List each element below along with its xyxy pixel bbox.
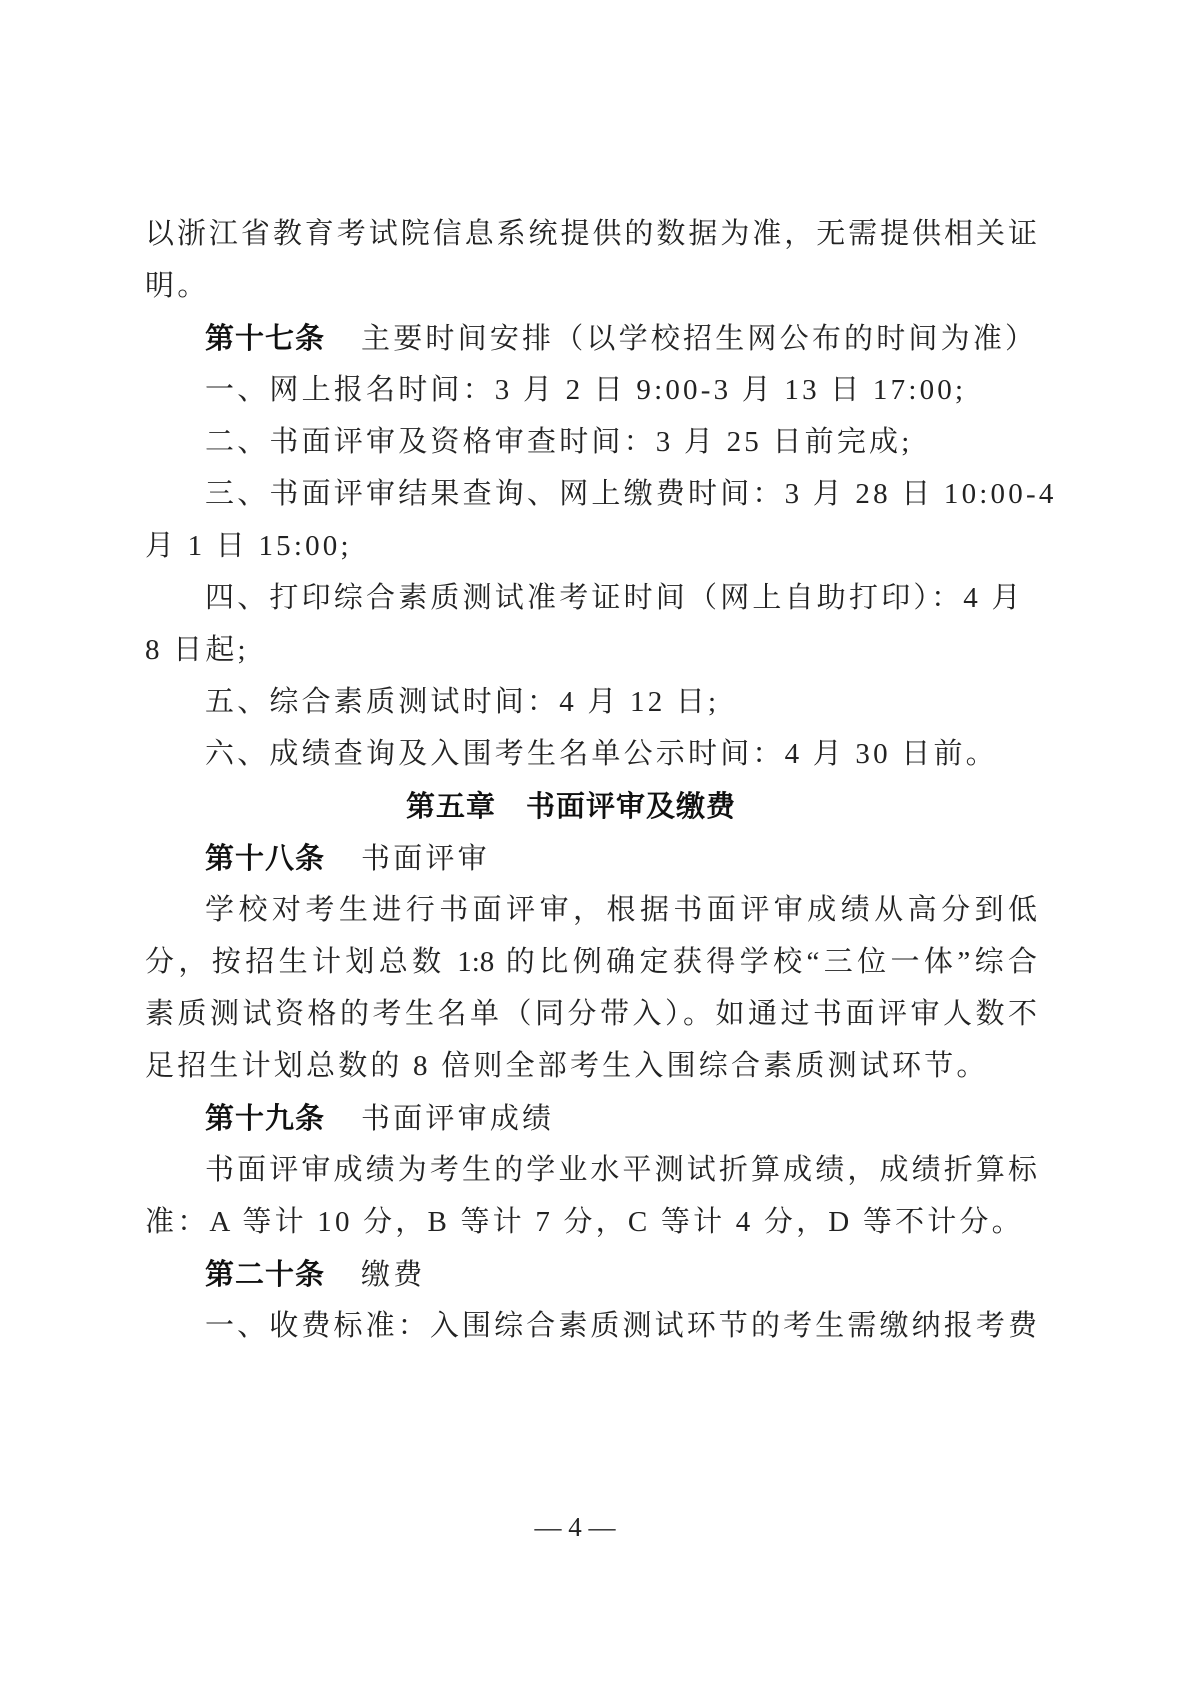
schedule-item-4: 四、打印综合素质测试准考证时间（网上自助打印）：4 月 (145, 572, 1037, 624)
paragraph-line: 明。 (145, 260, 1037, 312)
paragraph-line: 书面评审成绩为考生的学业水平测试折算成绩，成绩折算标 (145, 1144, 1037, 1196)
schedule-item-1: 一、网上报名时间：3 月 2 日 9:00-3 月 13 日 17:00; (145, 364, 1037, 416)
article-title: 第二十条 (205, 1257, 325, 1291)
article-title: 第十八条 (205, 841, 325, 875)
article-subject: 主要时间安排（以学校招生网公布的时间为准） (361, 323, 1037, 355)
schedule-item-5: 五、综合素质测试时间：4 月 12 日; (145, 676, 1037, 728)
paragraph-line: 一、收费标准：入围综合素质测试环节的考生需缴纳报考费 (145, 1300, 1037, 1352)
paragraph-line: 分，按招生计划总数 1:8 的比例确定获得学校“三位一体”综合 (145, 936, 1037, 988)
article-subject: 缴费 (361, 1259, 425, 1291)
article-18-heading: 第十八条书面评审 (145, 832, 1037, 884)
paragraph-line: 学校对考生进行书面评审，根据书面评审成绩从高分到低 (145, 884, 1037, 936)
document-body: 以浙江省教育考试院信息系统提供的数据为准，无需提供相关证 明。 第十七条主要时间… (145, 208, 1037, 1352)
schedule-item-3-cont: 月 1 日 15:00; (145, 520, 1037, 572)
paragraph-line: 以浙江省教育考试院信息系统提供的数据为准，无需提供相关证 (145, 208, 1037, 260)
page-number: — 4 — (0, 1512, 1190, 1543)
article-17-heading: 第十七条主要时间安排（以学校招生网公布的时间为准） (145, 312, 1037, 364)
schedule-item-6: 六、成绩查询及入围考生名单公示时间：4 月 30 日前。 (145, 728, 1037, 780)
schedule-item-4-cont: 8 日起; (145, 624, 1037, 676)
article-19-heading: 第十九条书面评审成绩 (145, 1092, 1037, 1144)
article-title: 第十九条 (205, 1101, 325, 1135)
article-title: 第十七条 (205, 321, 325, 355)
chapter-heading: 第五章 书面评审及缴费 (145, 780, 1037, 832)
article-subject: 书面评审 (361, 843, 490, 875)
paragraph-line: 足招生计划总数的 8 倍则全部考生入围综合素质测试环节。 (145, 1040, 1037, 1092)
schedule-item-3: 三、书面评审结果查询、网上缴费时间：3 月 28 日 10:00-4 (145, 468, 1037, 520)
paragraph-line: 准：A 等计 10 分，B 等计 7 分，C 等计 4 分，D 等不计分。 (145, 1196, 1037, 1248)
paragraph-line: 素质测试资格的考生名单（同分带入）。如通过书面评审人数不 (145, 988, 1037, 1040)
article-20-heading: 第二十条缴费 (145, 1248, 1037, 1300)
article-subject: 书面评审成绩 (361, 1103, 554, 1135)
schedule-item-2: 二、书面评审及资格审查时间：3 月 25 日前完成; (145, 416, 1037, 468)
